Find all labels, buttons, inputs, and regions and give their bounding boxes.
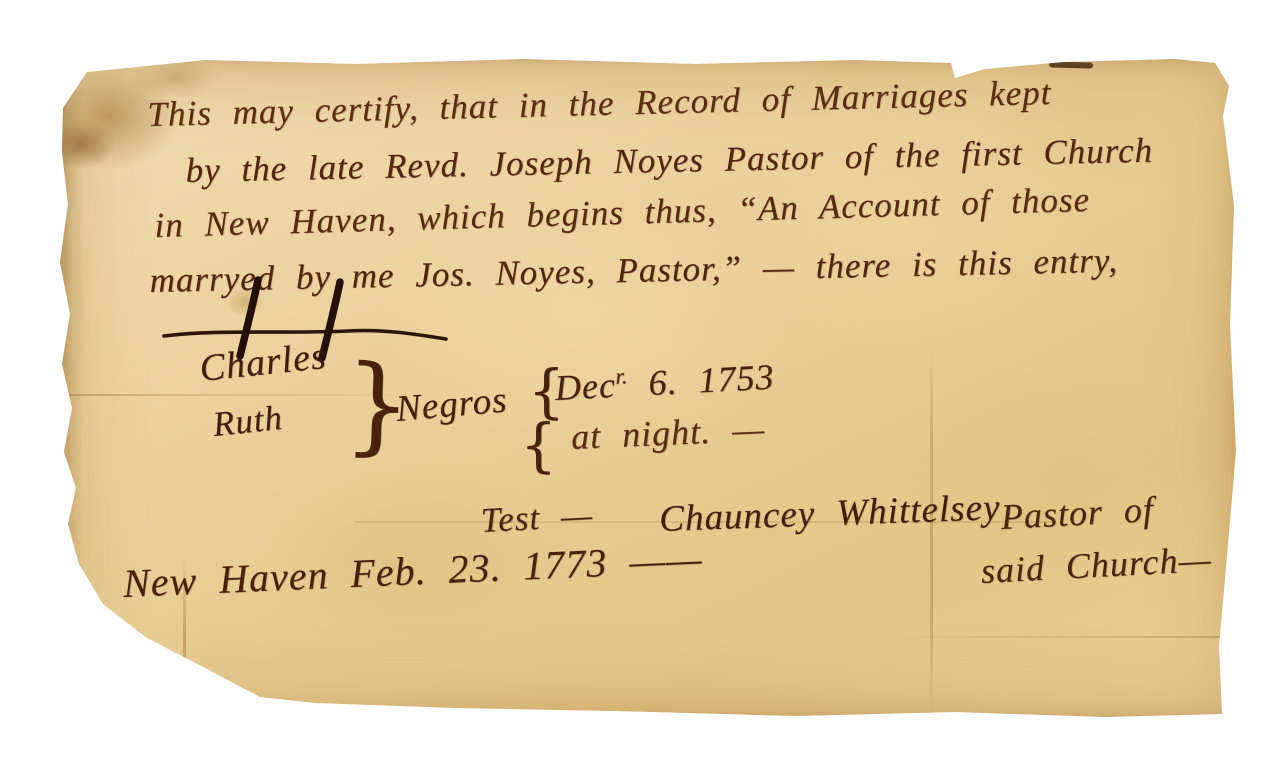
date-prefix: Dec [554,365,617,408]
entry-time: at night. — [570,410,766,458]
time-opening-brace: { [520,416,557,474]
bride-name: Ruth [211,399,285,445]
date-rest: 6. 1753 [627,357,776,405]
scan-background: This may certify, that in the Record of … [0,0,1288,760]
ink-dot-left-edge [91,630,96,635]
signer-role-line-1: Pastor of [1000,490,1155,538]
attestation-label: Test — [480,496,594,540]
